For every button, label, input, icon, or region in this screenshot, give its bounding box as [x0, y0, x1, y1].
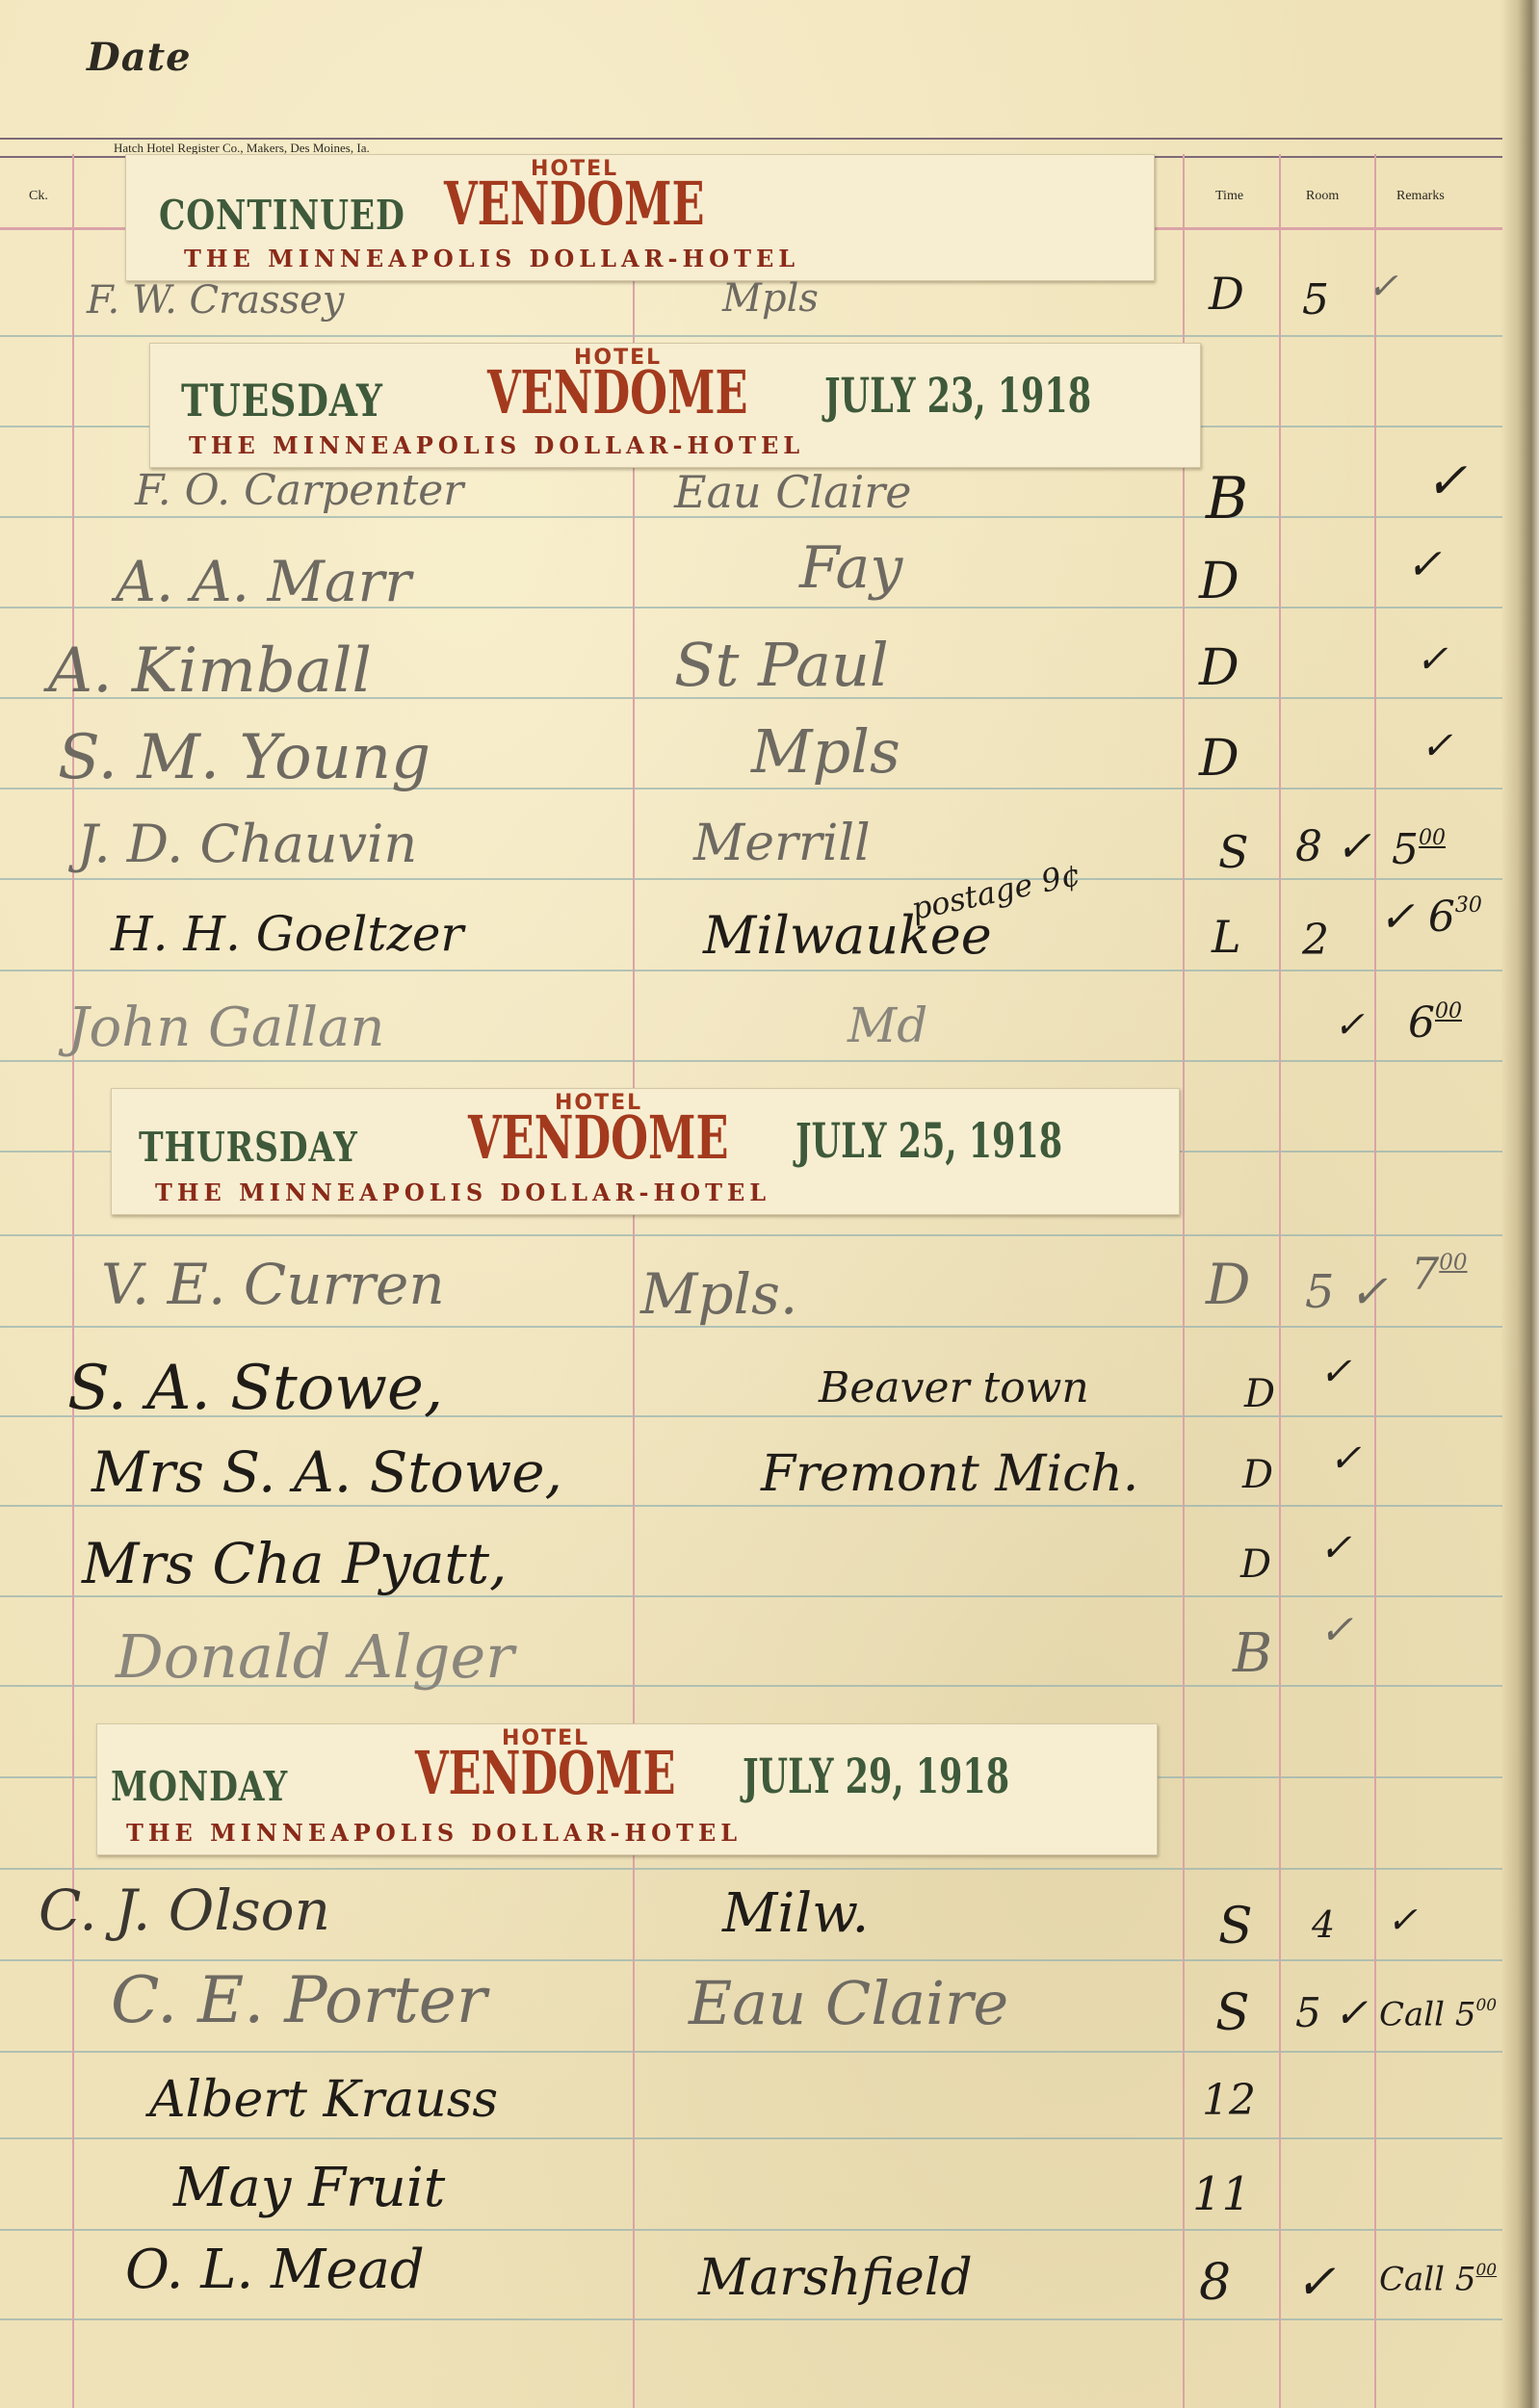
time-code: D: [1199, 734, 1239, 784]
time-code: D: [1244, 1375, 1275, 1413]
room-number: 2: [1302, 919, 1329, 962]
guest-name: J. D. Chauvin: [77, 818, 417, 870]
time-code: S: [1218, 1902, 1253, 1952]
guest-residence: Mpls.: [640, 1266, 797, 1322]
stamp-day: Monday: [111, 1763, 288, 1810]
check-mark-icon: ✓: [1319, 1353, 1352, 1391]
guest-residence: Milw.: [722, 1887, 869, 1941]
time-code: D: [1240, 1545, 1271, 1584]
time-code: L: [1212, 915, 1241, 959]
stamp-day: Thursday: [139, 1124, 358, 1171]
check-mark-icon: ✓: [1425, 456, 1468, 506]
stamp-brand: VENDOME: [468, 1108, 729, 1168]
check-mark-icon: ✓: [1416, 640, 1448, 679]
stamp-brand: VENDOME: [487, 363, 748, 423]
stamp-tagline: THE MINNEAPOLIS DOLLAR-HOTEL: [126, 1819, 742, 1847]
check-mark-icon: ✓: [1319, 1610, 1353, 1650]
check-mark-icon: ✓: [1406, 544, 1442, 586]
guest-residence: Beaver town: [819, 1367, 1089, 1410]
check-mark-icon: ✓: [1329, 1439, 1362, 1478]
check-mark-icon: ✓: [1421, 727, 1453, 765]
time-code: D: [1209, 272, 1244, 316]
check-mark-icon: ✓: [1387, 1902, 1418, 1938]
room-number: 5: [1302, 279, 1329, 322]
guest-residence: Md: [848, 1001, 927, 1049]
column-divider-residence: [1183, 154, 1185, 2408]
rate-amount: 700: [1411, 1252, 1468, 1296]
stamp-day: Tuesday: [181, 375, 383, 427]
guest-name: A. Kimball: [48, 640, 372, 702]
time-code: B: [1233, 1627, 1272, 1681]
guest-name: O. L. Mead: [125, 2243, 425, 2297]
room-number: 5 ✓: [1305, 1269, 1388, 1315]
guest-name: Mrs S. A. Stowe,: [91, 1444, 562, 1500]
rate-amount: 500: [1392, 828, 1446, 871]
time-code: B: [1206, 470, 1248, 528]
stamp-brand: VENDOME: [444, 174, 705, 234]
guest-residence: Eau Claire: [674, 470, 912, 514]
page-binding-shadow: [1500, 0, 1539, 2408]
time-code: 12: [1202, 2080, 1256, 2122]
date-stamp-thursday: Thursday HOTEL VENDOME JULY 25, 1918 THE…: [111, 1088, 1180, 1215]
guest-name: John Gallan: [67, 1001, 385, 1055]
time-code: D: [1242, 1456, 1273, 1494]
time-code: D: [1199, 643, 1239, 693]
guest-name: Mrs Cha Pyatt,: [82, 1536, 508, 1592]
guest-name: C. J. Olson: [39, 1882, 330, 1938]
guest-name: F. O. Carpenter: [135, 470, 463, 512]
guest-residence: St Paul: [674, 635, 889, 695]
postage-note: postage 9¢: [909, 859, 1083, 924]
column-header-room: Room: [1306, 189, 1339, 204]
stamp-day: Continued: [159, 192, 405, 239]
time-code: 8: [1199, 2258, 1231, 2308]
time-code: S: [1215, 1988, 1250, 2038]
column-header-ck: Ck.: [29, 189, 48, 204]
check-mark-icon: ✓: [1295, 2258, 1336, 2306]
column-divider-name: [633, 154, 635, 2408]
guest-residence: Fremont Mich.: [761, 1449, 1138, 1499]
guest-residence: Fay: [799, 539, 902, 597]
room-number: 5 ✓: [1295, 1993, 1368, 2033]
check-mark-icon: ✓: [1319, 1529, 1352, 1567]
guest-name: S. A. Stowe,: [67, 1358, 443, 1419]
guest-name: H. H. Goeltzer: [111, 910, 463, 958]
date-stamp-continued: Continued HOTEL VENDOME THE MINNEAPOLIS …: [125, 154, 1155, 281]
column-header-remarks: Remarks: [1396, 189, 1445, 204]
time-code: D: [1199, 557, 1239, 607]
guest-name: V. E. Curren: [101, 1256, 445, 1312]
guest-residence: Merrill: [693, 818, 871, 868]
date-label: Date: [87, 35, 192, 80]
wake-call-note: Call 500: [1379, 2263, 1497, 2295]
time-code: S: [1218, 830, 1249, 874]
column-divider-ck: [72, 154, 74, 2408]
guest-name: A. A. Marr: [116, 554, 411, 609]
guest-name: Donald Alger: [116, 1627, 514, 1687]
stamp-date: JULY 25, 1918: [796, 1112, 1062, 1169]
rate-amount: ✓ 630: [1379, 895, 1482, 939]
top-rule: [0, 138, 1502, 140]
guest-residence: Marshfield: [698, 2253, 973, 2303]
stamp-date: JULY 23, 1918: [824, 367, 1091, 424]
check-mark-icon: ✓: [1334, 1006, 1365, 1043]
guest-name: May Fruit: [173, 2162, 445, 2215]
guest-name: Albert Krauss: [149, 2075, 498, 2125]
guest-residence: Mpls: [722, 279, 819, 318]
room-number: 8 ✓: [1295, 826, 1371, 868]
room-number: 4: [1312, 1906, 1335, 1943]
column-header-time: Time: [1215, 189, 1243, 204]
stamp-brand: VENDOME: [415, 1744, 676, 1803]
stamp-tagline: THE MINNEAPOLIS DOLLAR-HOTEL: [155, 1178, 770, 1206]
guest-residence: Eau Claire: [689, 1974, 1008, 2033]
date-stamp-tuesday: Tuesday HOTEL VENDOME JULY 23, 1918 THE …: [149, 343, 1201, 468]
time-code: D: [1206, 1256, 1251, 1312]
guest-name: F. W. Crassey: [87, 281, 344, 320]
rate-amount: 600: [1408, 1001, 1462, 1045]
time-code: 11: [1192, 2171, 1251, 2217]
column-divider-time: [1279, 154, 1281, 2408]
guest-residence: Mpls: [751, 722, 900, 782]
stamp-tagline: THE MINNEAPOLIS DOLLAR-HOTEL: [184, 245, 799, 272]
date-stamp-monday: Monday HOTEL VENDOME JULY 29, 1918 THE M…: [96, 1723, 1158, 1855]
check-mark-icon: ✓: [1368, 268, 1398, 304]
guest-name: C. E. Porter: [111, 1969, 486, 2033]
guest-name: S. M. Young: [58, 727, 430, 789]
stamp-tagline: THE MINNEAPOLIS DOLLAR-HOTEL: [189, 431, 804, 459]
wake-call-note: Call 500: [1379, 1998, 1497, 2031]
stamp-date: JULY 29, 1918: [743, 1748, 1009, 1804]
